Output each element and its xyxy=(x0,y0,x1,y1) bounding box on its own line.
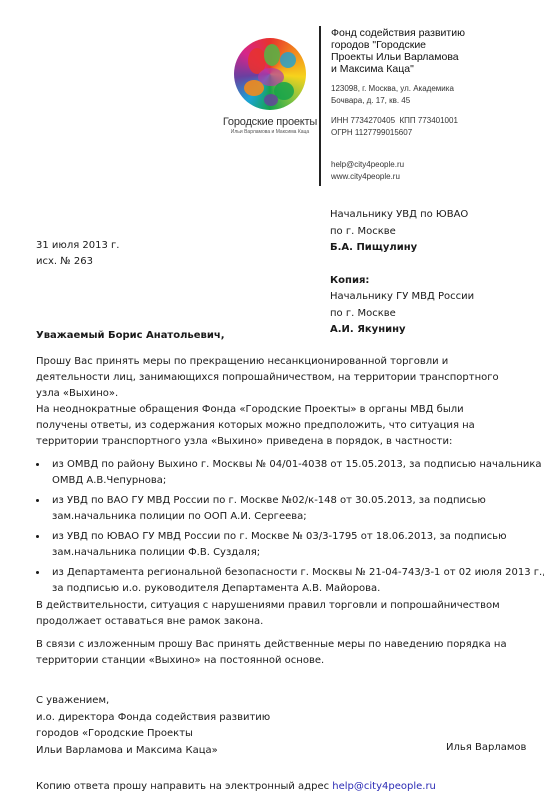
list-item: из УВД по ВАО ГУ МВД России по г. Москве… xyxy=(48,493,544,525)
logo-name: Городские проекты xyxy=(214,116,326,128)
letter-date-block: 31 июля 2013 г. исх. № 263 xyxy=(36,238,119,270)
organization-details: Фонд содействия развитию городов "Городс… xyxy=(331,27,531,183)
org-name-line: городов "Городские xyxy=(331,39,531,51)
paragraph-request-measures: В связи с изложенным прошу Вас принять д… xyxy=(36,637,516,669)
org-ogrn: ОГРН 1127799015607 xyxy=(331,127,531,139)
copy-recipient-title: Начальнику ГУ МВД России xyxy=(330,289,474,306)
paragraph-responses: На неоднократные обращения Фонда «Городс… xyxy=(36,402,516,450)
recipient-block: Начальнику УВД по ЮВАО по г. Москве Б.А.… xyxy=(330,207,474,339)
org-name-line: Фонд содействия развитию xyxy=(331,27,531,39)
letterhead-divider xyxy=(319,26,321,186)
signature-line: Ильи Варламова и Максима Каца» xyxy=(36,743,270,760)
paragraph-request: Прошу Вас принять меры по прекращению не… xyxy=(36,354,516,402)
responses-list: из ОМВД по району Выхино г. Москвы № 04/… xyxy=(20,457,544,601)
org-name-line: Проекты Ильи Варламова xyxy=(331,51,531,63)
org-inn-kpp: ИНН 7734270405 КПП 773401001 xyxy=(331,115,531,127)
recipient-title: Начальнику УВД по ЮВАО xyxy=(330,207,474,224)
outgoing-number: исх. № 263 xyxy=(36,254,119,270)
logo: Городские проекты Ильи Варламова и Макси… xyxy=(214,38,326,135)
copy-recipient-name: А.И. Якунину xyxy=(330,322,474,339)
copy-recipient-city: по г. Москве xyxy=(330,306,474,323)
copy-label: Копия: xyxy=(330,273,474,290)
footer-note-text: Копию ответа прошу направить на электрон… xyxy=(36,781,332,792)
list-item: из ОМВД по району Выхино г. Москвы № 04/… xyxy=(48,457,544,489)
logo-subtitle: Ильи Варламова и Максима Каца xyxy=(214,129,326,135)
greeting: Уважаемый Борис Анатольевич, xyxy=(36,330,225,341)
footer-email-link[interactable]: help@city4people.ru xyxy=(332,781,436,792)
signature-line: и.о. директора Фонда содействия развитию xyxy=(36,710,270,727)
recipient-city: по г. Москве xyxy=(330,224,474,241)
org-address-line: 123098, г. Москва, ул. Академика xyxy=(331,83,531,95)
list-item: из Департамента региональной безопасност… xyxy=(48,565,544,597)
signature-line: С уважением, xyxy=(36,693,270,710)
org-address-line: Бочвара, д. 17, кв. 45 xyxy=(331,95,531,107)
org-name-line: и Максима Каца" xyxy=(331,63,531,75)
signature-block: С уважением, и.о. директора Фонда содейс… xyxy=(36,693,270,759)
list-item: из УВД по ЮВАО ГУ МВД России по г. Москв… xyxy=(48,529,544,561)
signature-line: городов «Городские Проекты xyxy=(36,726,270,743)
letter-date: 31 июля 2013 г. xyxy=(36,238,119,254)
city-projects-logo-icon xyxy=(234,38,306,110)
paragraph-reality: В действительности, ситуация с нарушения… xyxy=(36,598,516,630)
org-website[interactable]: www.city4people.ru xyxy=(331,171,531,183)
footer-note: Копию ответа прошу направить на электрон… xyxy=(36,781,436,792)
org-email[interactable]: help@city4people.ru xyxy=(331,159,531,171)
recipient-name: Б.А. Пищулину xyxy=(330,240,474,257)
signer-name: Илья Варламов xyxy=(446,742,526,753)
